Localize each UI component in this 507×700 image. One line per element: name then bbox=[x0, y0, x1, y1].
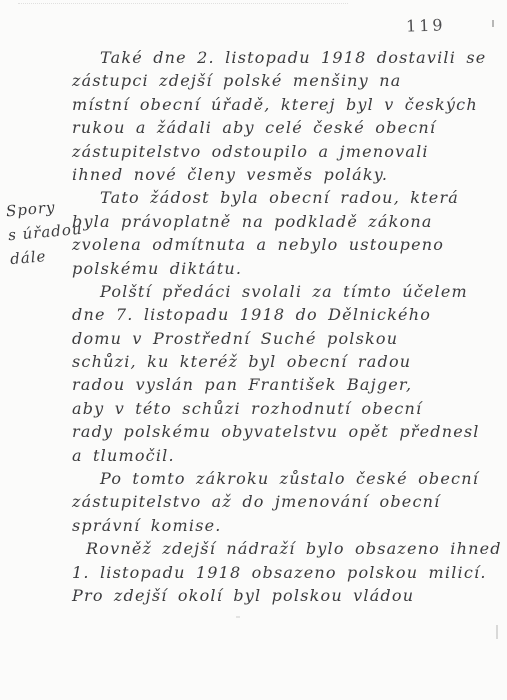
scan-speck bbox=[236, 616, 240, 618]
text-line: zástupci zdejší polské menšiny na bbox=[72, 69, 492, 92]
text-line: dne 7. listopadu 1918 do Dělnického bbox=[72, 303, 492, 326]
text-line: Tato žádost byla obecní radou, která bbox=[72, 186, 492, 209]
page-number: 119 bbox=[406, 15, 446, 35]
text-line: byla právoplatně na podkladě zákona bbox=[72, 210, 492, 233]
text-line: Rovněž zdejší nádraží bylo obsazeno ihne… bbox=[72, 537, 492, 560]
scan-speck bbox=[492, 20, 494, 27]
text-line: Po tomto zákroku zůstalo české obecní bbox=[72, 467, 492, 490]
paragraph: Polští předáci svolali za tímto účelem d… bbox=[72, 280, 492, 467]
paragraph: Tato žádost byla obecní radou, která byl… bbox=[72, 186, 492, 280]
text-line: rady polskému obyvatelstvu opět přednesl bbox=[72, 420, 492, 443]
text-line: 1. listopadu 1918 obsazeno polskou milic… bbox=[72, 561, 492, 584]
scan-speck bbox=[496, 625, 498, 639]
text-line: Také dne 2. listopadu 1918 dostavili se bbox=[72, 46, 492, 69]
text-line: aby v této schůzi rozhodnutí obecní bbox=[72, 397, 492, 420]
scan-noise bbox=[18, 3, 348, 10]
text-line: zvolena odmítnuta a nebylo ustoupeno bbox=[72, 233, 492, 256]
handwritten-text-block: Také dne 2. listopadu 1918 dostavili se … bbox=[72, 46, 492, 607]
text-line: zástupitelstvo až do jmenování obecní bbox=[72, 490, 492, 513]
text-line: Polští předáci svolali za tímto účelem bbox=[72, 280, 492, 303]
text-line: místní obecní úřadě, kterej byl v českýc… bbox=[72, 93, 492, 116]
text-line: a tlumočil. bbox=[72, 444, 492, 467]
text-line: ihned nové členy vesměs poláky. bbox=[72, 163, 492, 186]
text-line: domu v Prostřední Suché polskou bbox=[72, 327, 492, 350]
text-line: rukou a žádali aby celé české obecní bbox=[72, 116, 492, 139]
paragraph: Po tomto zákroku zůstalo české obecní zá… bbox=[72, 467, 492, 537]
paragraph: Také dne 2. listopadu 1918 dostavili se … bbox=[72, 46, 492, 186]
text-line: radou vyslán pan František Bajger, bbox=[72, 373, 492, 396]
text-line: Pro zdejší okolí byl polskou vládou bbox=[72, 584, 492, 607]
text-line: zástupitelstvo odstoupilo a jmenovali bbox=[72, 140, 492, 163]
paragraph: Rovněž zdejší nádraží bylo obsazeno ihne… bbox=[72, 537, 492, 607]
manuscript-page: 119 Spory s úřadou dále Také dne 2. list… bbox=[0, 0, 507, 700]
text-line: správní komise. bbox=[72, 514, 492, 537]
text-line: polskému diktátu. bbox=[72, 257, 492, 280]
text-line: schůzi, ku kteréž byl obecní radou bbox=[72, 350, 492, 373]
